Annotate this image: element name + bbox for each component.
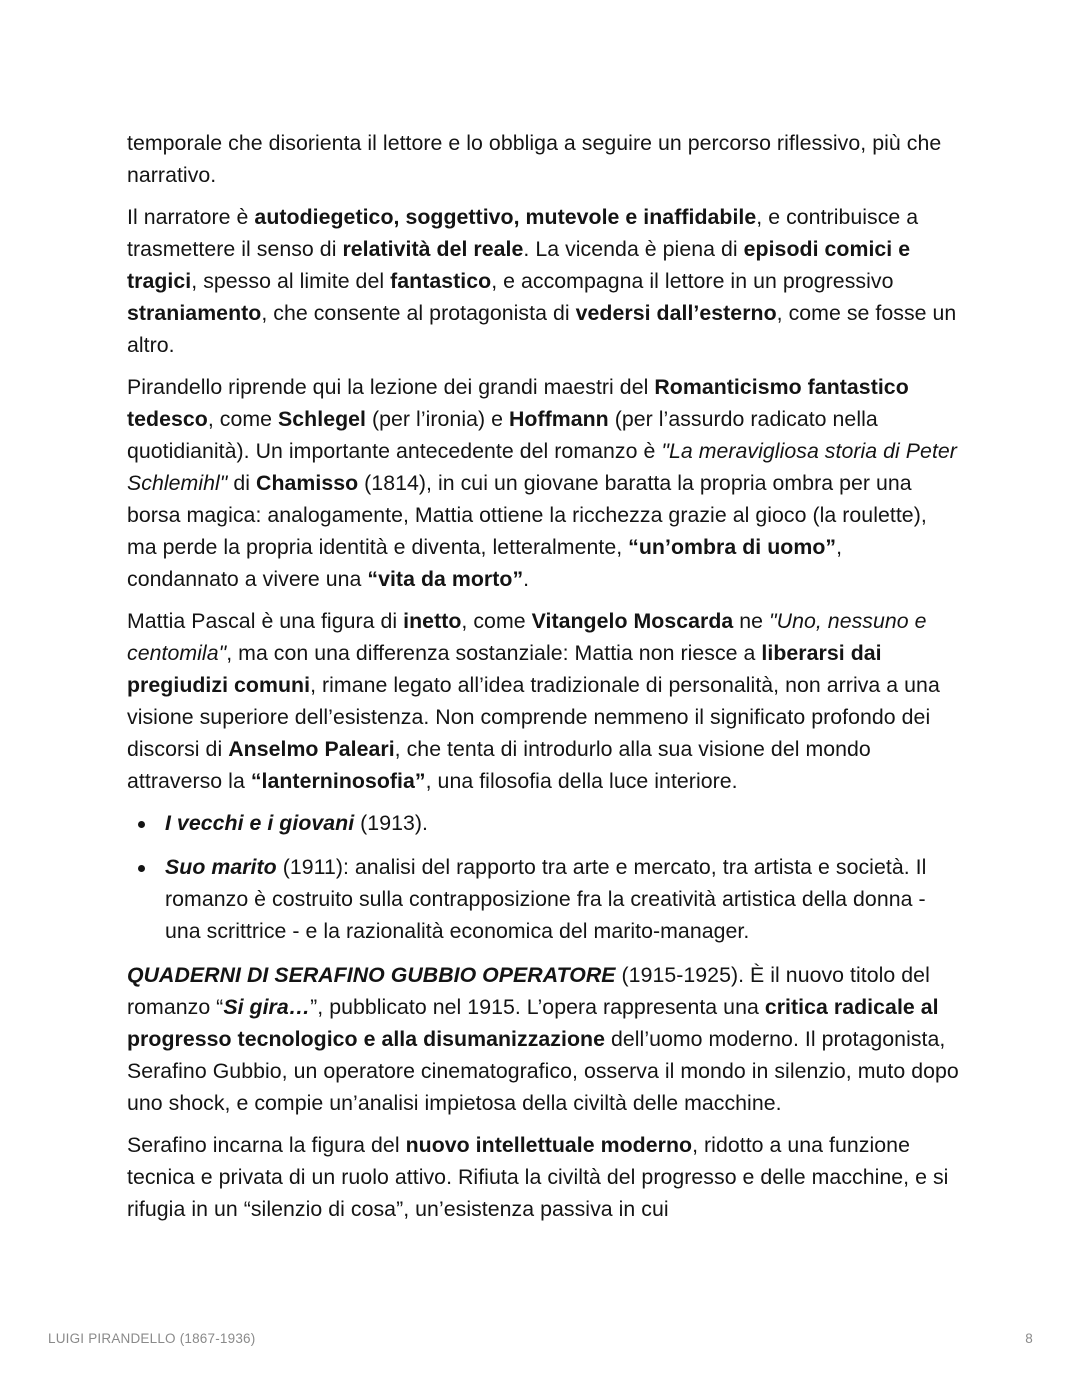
emphasis-text: vedersi dall’esterno [576,301,777,325]
text-run: Serafino incarna la figura del [127,1133,406,1157]
paragraphs-after-list: QUADERNI DI SERAFINO GUBBIO OPERATORE (1… [127,959,959,1225]
text-run: , e accompagna il lettore in un progress… [491,269,893,293]
page-body: temporale che disorienta il lettore e lo… [127,127,959,1235]
emphasis-text: Si gira… [223,995,310,1019]
emphasis-text: autodiegetico, soggettivo, mutevole e in… [254,205,756,229]
text-run: , una filosofia della luce interiore. [426,769,738,793]
emphasis-text: Chamisso [256,471,358,495]
paragraphs-before-list: temporale che disorienta il lettore e lo… [127,127,959,797]
list-item: I vecchi e i giovani (1913). [127,807,959,839]
text-run: , che consente al protagonista di [261,301,575,325]
emphasis-text: Hoffmann [509,407,609,431]
bullet-icon [138,865,145,872]
paragraph: QUADERNI DI SERAFINO GUBBIO OPERATORE (1… [127,959,959,1119]
text-run: . [523,567,529,591]
emphasis-text: straniamento [127,301,261,325]
paragraph: temporale che disorienta il lettore e lo… [127,127,959,191]
text-run: Il narratore è [127,205,254,229]
emphasis-text: nuovo intellettuale moderno [406,1133,693,1157]
paragraph: Il narratore è autodiegetico, soggettivo… [127,201,959,361]
paragraph: Mattia Pascal è una figura di inetto, co… [127,605,959,797]
emphasis-text: Schlegel [278,407,366,431]
works-bullet-list: I vecchi e i giovani (1913).Suo marito (… [127,807,959,947]
running-title: LUIGI PIRANDELLO (1867-1936) [48,1331,255,1346]
text-run: (per l’ironia) e [366,407,509,431]
emphasis-text: fantastico [390,269,491,293]
emphasis-text: “lanterninosofia” [251,769,426,793]
page-number: 8 [1025,1331,1033,1346]
text-run: temporale che disorienta il lettore e lo… [127,131,941,187]
emphasis-text: QUADERNI DI SERAFINO GUBBIO OPERATORE [127,963,616,987]
text-run: Pirandello riprende qui la lezione dei g… [127,375,654,399]
text-run: . La vicenda è piena di [523,237,743,261]
emphasis-text: relatività del reale [342,237,523,261]
text-run: , come [461,609,531,633]
text-run: ne [733,609,769,633]
emphasis-text: Suo marito [165,855,277,879]
paragraph: Pirandello riprende qui la lezione dei g… [127,371,959,595]
list-item: Suo marito (1911): analisi del rapporto … [127,851,959,947]
text-run: , ma con una differenza sostanziale: Mat… [226,641,761,665]
emphasis-text: Vitangelo Moscarda [532,609,734,633]
paragraph: Serafino incarna la figura del nuovo int… [127,1129,959,1225]
emphasis-text: “un’ombra di uomo” [628,535,836,559]
text-run: , come [208,407,278,431]
emphasis-text: inetto [403,609,461,633]
page-footer: LUIGI PIRANDELLO (1867-1936) 8 [48,1331,1033,1346]
emphasis-text: Anselmo Paleari [228,737,394,761]
text-run: Mattia Pascal è una figura di [127,609,403,633]
text-run: (1911): analisi del rapporto tra arte e … [165,855,926,943]
emphasis-text: I vecchi e i giovani [165,811,354,835]
bullet-icon [138,821,145,828]
emphasis-text: “vita da morto” [367,567,523,591]
text-run: di [227,471,256,495]
text-run: (1913). [354,811,428,835]
text-run: ”, pubblicato nel 1915. L’opera rapprese… [310,995,765,1019]
text-run: , spesso al limite del [191,269,390,293]
